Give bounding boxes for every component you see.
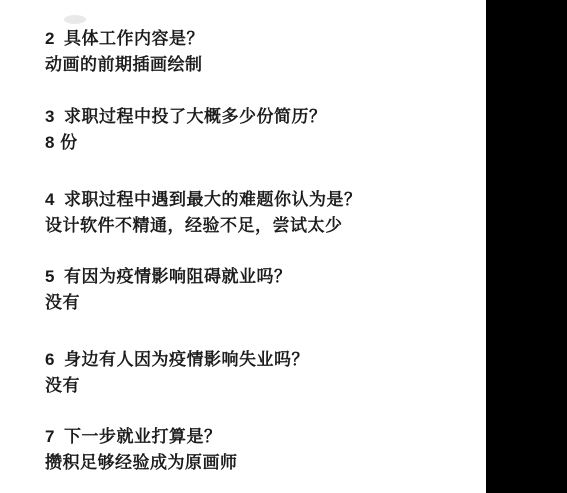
question-number: 2 xyxy=(45,26,55,52)
question-line: 2具体工作内容是？ xyxy=(45,26,465,52)
question-text: 求职过程中投了大概多少份简历？ xyxy=(64,107,327,126)
question-text: 具体工作内容是？ xyxy=(64,29,204,48)
answer-line: 没有 xyxy=(45,290,465,316)
question-number: 3 xyxy=(45,104,55,130)
question-text: 身边有人因为疫情影响失业吗？ xyxy=(64,350,309,369)
question-line: 7下一步就业打算是？ xyxy=(45,424,465,450)
question-text: 求职过程中遇到最大的难题你认为是？ xyxy=(64,190,362,209)
answer-line: 攒积足够经验成为原画师 xyxy=(45,450,465,476)
qa-block: 4求职过程中遇到最大的难题你认为是？ 设计软件不精通，经验不足，尝试太少 xyxy=(45,187,465,239)
right-black-panel xyxy=(486,0,567,493)
answer-line: 没有 xyxy=(45,373,465,399)
question-line: 6身边有人因为疫情影响失业吗？ xyxy=(45,347,465,373)
question-line: 5有因为疫情影响阻碍就业吗？ xyxy=(45,264,465,290)
qa-block: 7下一步就业打算是？ 攒积足够经验成为原画师 xyxy=(45,424,465,476)
qa-block: 3求职过程中投了大概多少份简历？ 8 份 xyxy=(45,104,465,156)
qa-block: 6身边有人因为疫情影响失业吗？ 没有 xyxy=(45,347,465,399)
answer-line: 8 份 xyxy=(45,130,465,156)
question-number: 7 xyxy=(45,424,55,450)
question-line: 3求职过程中投了大概多少份简历？ xyxy=(45,104,465,130)
answer-line: 动画的前期插画绘制 xyxy=(45,52,465,78)
question-number: 5 xyxy=(45,264,55,290)
scan-smudge-artifact xyxy=(64,15,86,24)
question-line: 4求职过程中遇到最大的难题你认为是？ xyxy=(45,187,465,213)
question-text: 下一步就业打算是？ xyxy=(64,427,222,446)
document-page: 2具体工作内容是？ 动画的前期插画绘制 3求职过程中投了大概多少份简历？ 8 份… xyxy=(0,0,567,493)
answer-line: 设计软件不精通，经验不足，尝试太少 xyxy=(45,213,465,239)
qa-block: 5有因为疫情影响阻碍就业吗？ 没有 xyxy=(45,264,465,316)
qa-block: 2具体工作内容是？ 动画的前期插画绘制 xyxy=(45,26,465,78)
document-content: 2具体工作内容是？ 动画的前期插画绘制 3求职过程中投了大概多少份简历？ 8 份… xyxy=(0,0,486,493)
question-number: 6 xyxy=(45,347,55,373)
question-number: 4 xyxy=(45,187,55,213)
question-text: 有因为疫情影响阻碍就业吗？ xyxy=(64,267,292,286)
